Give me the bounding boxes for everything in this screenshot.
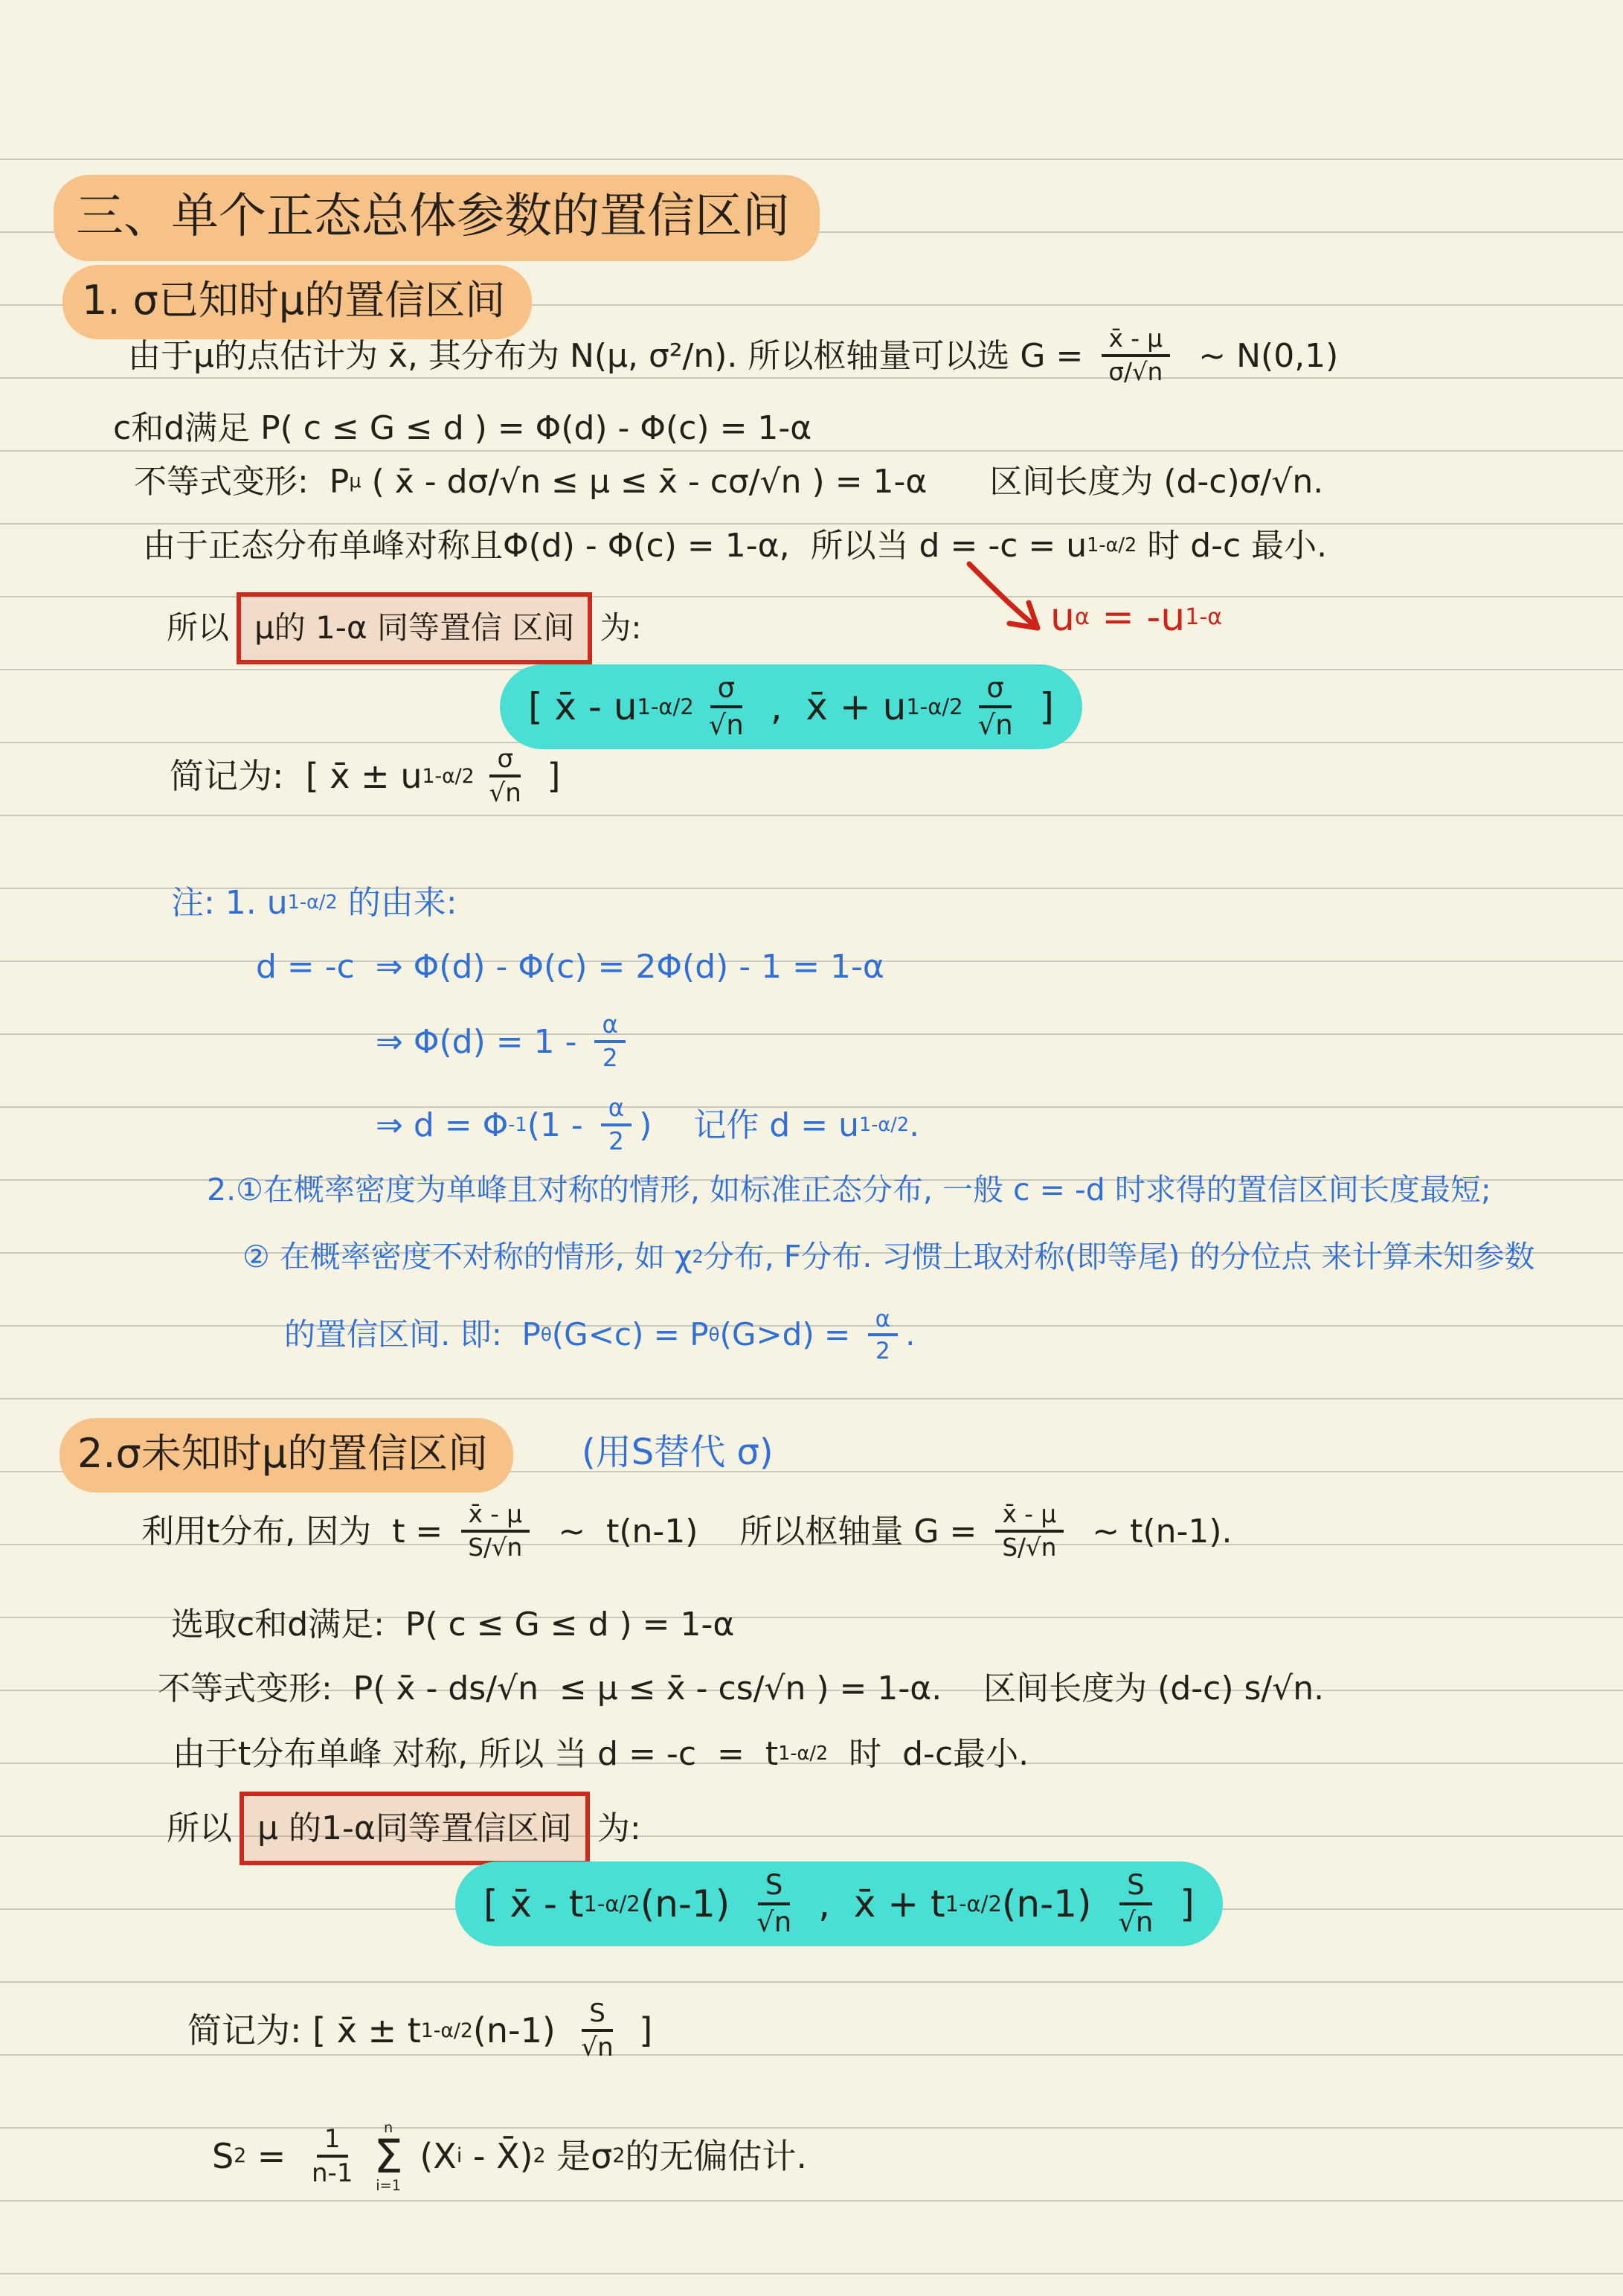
subscript: 1-α/2 <box>945 1893 1002 1915</box>
text-run: ( x̄ - dσ/√n ≤ μ ≤ x̄ - cσ/√n ) = 1-α 区间… <box>361 461 1324 502</box>
text-run: ~ t(n-1). <box>1071 1511 1232 1552</box>
text-run: 的无偏估计. <box>625 2135 807 2178</box>
text-run: ] <box>629 2010 653 2053</box>
text-run: (G>d) = <box>720 1315 861 1355</box>
conclusion1-prefix: 所以 <box>167 609 229 648</box>
text-run: , x̄ + t <box>806 1881 945 1928</box>
sec2-symmetry-line: 由于t分布单峰 对称, 所以 当 d = -c = t1-α/2 时 d-c最小… <box>173 1734 1029 1774</box>
sec1-cd-line: c和d满足 P( c ≤ G ≤ d ) = Φ(d) - Φ(c) = 1-α <box>113 408 811 449</box>
section2-heading-highlight: 2.σ未知时μ的置信区间 <box>60 1418 513 1492</box>
subscript: α <box>1075 606 1090 629</box>
text-run: 时 d-c 最小. <box>1137 525 1327 566</box>
fraction: α2 <box>594 1012 625 1072</box>
text-run: ] <box>1168 1881 1194 1928</box>
fraction: x̄ - μσ/√n <box>1101 326 1170 386</box>
text-run: . <box>909 1105 919 1146</box>
sec2-inequality-line: 不等式变形: P( x̄ - ds/√n ≤ μ ≤ x̄ - cs/√n ) … <box>158 1668 1324 1709</box>
text-run: - X̄) <box>462 2135 533 2178</box>
section2-heading-note: (用S替代 σ) <box>582 1430 774 1475</box>
conclusion2-prefix: 所以 <box>167 1808 232 1849</box>
ci1-highlight: [ x̄ - u1-α/2σ√n , x̄ + u1-α/2σ√n ] <box>500 664 1082 749</box>
sec1-inequality-line: 不等式变形: Pμ ( x̄ - dσ/√n ≤ μ ≤ x̄ - cσ/√n … <box>134 461 1323 502</box>
text-run: 由于t分布单峰 对称, 所以 当 d = -c = t <box>173 1734 778 1774</box>
subscript: 1-α/2 <box>288 894 338 913</box>
subscript: θ <box>541 1326 552 1344</box>
text-run: 不等式变形: P <box>134 461 349 502</box>
ci2-highlight: [ x̄ - t1-α/2(n-1) S√n , x̄ + t1-α/2(n-1… <box>455 1862 1223 1946</box>
red-annotation: uα = -u1-α <box>1050 594 1222 642</box>
text-run: 选取c和d满足: P( c ≤ G ≤ d ) = 1-α <box>171 1604 734 1645</box>
text-run: 由于正态分布单峰对称且Φ(d) - Φ(c) = 1-α, 所以当 d = -c… <box>143 525 1087 566</box>
fraction: 1n-1 <box>304 2126 361 2188</box>
text-run: 是σ <box>546 2135 613 2178</box>
subscript: 1-α/2 <box>859 1116 909 1135</box>
note-derivation-1: d = -c ⇒ Φ(d) - Φ(c) = 2Φ(d) - 1 = 1-α <box>256 946 884 987</box>
fraction: σ√n <box>971 673 1021 740</box>
subscript: 1-α/2 <box>422 767 474 787</box>
summation: nΣi=1 <box>374 2120 403 2193</box>
sec1-shorthand-line: 简记为: [ x̄ ± u1-α/2σ√n ] <box>170 745 560 808</box>
confidence-interval-formula-1: [ x̄ - u1-α/2σ√n , x̄ + u1-α/2σ√n ] <box>500 664 1082 749</box>
text-run: ) 记作 d = u <box>639 1105 859 1146</box>
subscript: 1-α/2 <box>583 1893 640 1915</box>
sec2-shorthand-line: 简记为: [ x̄ ± t1-α/2(n-1) S√n ] <box>187 2000 652 2062</box>
page-title: 三、单个正态总体参数的置信区间 <box>54 175 820 261</box>
sec1-symmetry-line: 由于正态分布单峰对称且Φ(d) - Φ(c) = 1-α, 所以当 d = -c… <box>143 525 1327 566</box>
subscript: 1-α/2 <box>421 2021 473 2042</box>
confidence-interval-formula-2: [ x̄ - t1-α/2(n-1) S√n , x̄ + t1-α/2(n-1… <box>455 1862 1223 1946</box>
subscript: 1-α/2 <box>778 1745 828 1764</box>
fraction: x̄ - μS/√n <box>994 1501 1064 1562</box>
conclusion1-suffix: 为: <box>600 609 641 648</box>
note-point2-line1: 2.①在概率密度为单峰且对称的情形, 如标准正态分布, 一般 c = -d 时求… <box>207 1171 1491 1209</box>
text-run: 2.①在概率密度为单峰且对称的情形, 如标准正态分布, 一般 c = -d 时求… <box>207 1171 1491 1209</box>
fraction: S√n <box>1111 1870 1160 1937</box>
conclusion2-suffix: 为: <box>597 1808 641 1849</box>
sec2-intro-line: 利用t分布, 因为 t = x̄ - μS/√n ~ t(n-1) 所以枢轴量 … <box>141 1501 1232 1562</box>
text-run: (n-1) <box>1002 1881 1103 1928</box>
fraction: σ√n <box>482 745 529 808</box>
subscript: 1-α/2 <box>906 696 962 718</box>
text-run: (n-1) <box>473 2010 567 2053</box>
sec1-conclusion-line: 所以 μ的 1-α 同等置信 区间 为: <box>167 592 642 664</box>
red-emphasis-box-1: μ的 1-α 同等置信 区间 <box>237 592 592 664</box>
sec2-conclusion-line: 所以 μ 的1-α同等置信区间 为: <box>167 1792 641 1865</box>
note-point2-line3: 的置信区间. 即: Pθ(G<c) = Pθ(G>d) = α2. <box>284 1306 915 1364</box>
note-derivation-3: ⇒ d = Φ-1(1 - α2) 记作 d = u1-α/2. <box>376 1095 919 1155</box>
superscript: 2 <box>692 1248 704 1266</box>
text-run: . <box>905 1315 915 1355</box>
superscript: 2 <box>533 2146 546 2167</box>
text-run: 利用t分布, 因为 t = <box>141 1511 453 1552</box>
text-run: u <box>1050 594 1075 642</box>
subscript: 1-α <box>1185 606 1222 629</box>
fraction: σ√n <box>701 673 751 740</box>
text-run: (n-1) <box>640 1881 742 1928</box>
text-run: , x̄ + u <box>759 684 907 731</box>
note-heading: 注: 1. u1-α/2 的由来: <box>171 882 457 923</box>
subscript: 1-α/2 <box>1087 536 1137 556</box>
text-run: ] <box>536 755 561 798</box>
fraction: S√n <box>573 2000 620 2062</box>
text-run: ] <box>1028 684 1054 731</box>
text-run: c和d满足 P( c ≤ G ≤ d ) = Φ(d) - Φ(c) = 1-α <box>113 408 811 449</box>
text-run: 的由来: <box>338 882 457 923</box>
text-run: 简记为: [ x̄ ± t <box>187 2010 421 2053</box>
text-run: (G<c) = P <box>552 1315 709 1355</box>
fraction: x̄ - μS/√n <box>460 1501 530 1562</box>
text-run: ⇒ d = Φ <box>376 1105 508 1146</box>
sec2-variance-note-line: S2 = 1n-1nΣi=1 (Xi - X̄)2 是σ2的无偏估计. <box>212 2120 807 2193</box>
fraction: S√n <box>749 1870 799 1937</box>
text-run: 注: 1. u <box>171 882 288 923</box>
superscript: 2 <box>612 2146 625 2167</box>
red-arrow-icon <box>963 559 1060 641</box>
fraction: α2 <box>868 1306 899 1364</box>
text-run: 不等式变形: P( x̄ - ds/√n ≤ μ ≤ x̄ - cs/√n ) … <box>158 1668 1324 1709</box>
text-run: [ x̄ - u <box>528 684 637 731</box>
text-run: ~ N(0,1) <box>1177 336 1338 376</box>
title-highlight: 三、单个正态总体参数的置信区间 <box>54 175 820 261</box>
text-run: S <box>212 2135 234 2178</box>
subscript: θ <box>709 1326 720 1344</box>
superscript: -1 <box>508 1116 527 1135</box>
text-run: [ x̄ - t <box>483 1881 583 1928</box>
text-run: ⇒ Φ(d) = 1 - <box>376 1022 587 1062</box>
text-run: (X <box>409 2135 457 2178</box>
text-run: 简记为: [ x̄ ± u <box>170 755 422 798</box>
text-run: 分布, F分布. 习惯上取对称(即等尾) 的分位点 来计算未知参数 <box>704 1238 1535 1276</box>
text-run: (1 - <box>527 1105 594 1146</box>
subscript: 1-α/2 <box>637 696 694 718</box>
text-run: ~ t(n-1) 所以枢轴量 G = <box>537 1511 987 1552</box>
text-run: = -u <box>1090 594 1185 642</box>
subscript: μ <box>349 472 361 492</box>
text-run: 的置信区间. 即: P <box>284 1315 541 1355</box>
note-point2-line2: ② 在概率密度不对称的情形, 如 χ2分布, F分布. 习惯上取对称(即等尾) … <box>242 1238 1534 1276</box>
text-run: = <box>246 2135 297 2178</box>
fraction: α2 <box>601 1095 631 1155</box>
text-run: 时 d-c最小. <box>828 1734 1029 1774</box>
sec1-intro-line: 由于μ的点估计为 x̄, 其分布为 N(μ, σ²/n). 所以枢轴量可以选 G… <box>128 326 1338 386</box>
sec2-cd-line: 选取c和d满足: P( c ≤ G ≤ d ) = 1-α <box>171 1604 734 1645</box>
superscript: 2 <box>234 2146 246 2167</box>
text-run: 由于μ的点估计为 x̄, 其分布为 N(μ, σ²/n). 所以枢轴量可以选 G… <box>128 336 1093 376</box>
subscript: i <box>457 2146 462 2167</box>
text-run: d = -c ⇒ Φ(d) - Φ(c) = 2Φ(d) - 1 = 1-α <box>256 946 884 987</box>
red-emphasis-box-2: μ 的1-α同等置信区间 <box>240 1792 590 1865</box>
section2-heading: 2.σ未知时μ的置信区间 <box>60 1418 513 1492</box>
note-derivation-2: ⇒ Φ(d) = 1 - α2 <box>376 1012 633 1072</box>
text-run: ② 在概率密度不对称的情形, 如 χ <box>242 1238 692 1276</box>
